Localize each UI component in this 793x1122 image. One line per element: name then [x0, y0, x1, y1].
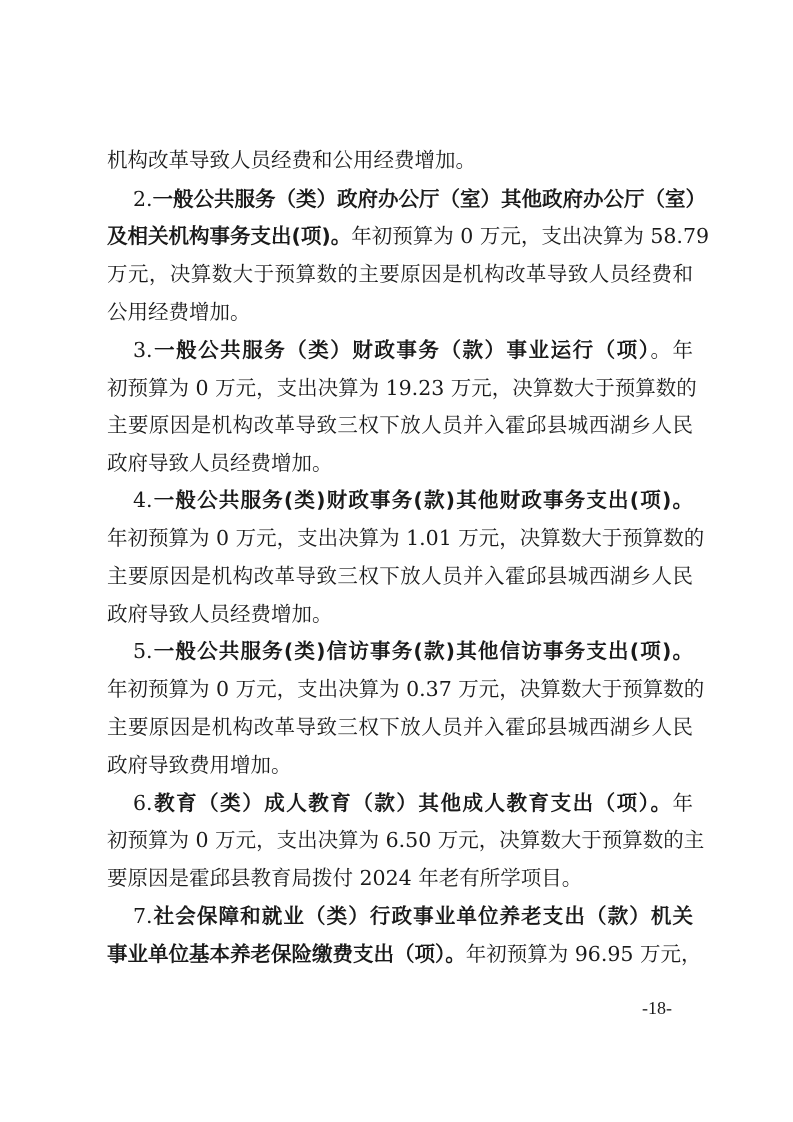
item-number: 3. — [133, 338, 153, 362]
paragraph-5-line-1: 5.一般公共服务(类)信访事务(款)其他信访事务支出(项)。 — [133, 636, 693, 666]
body-text: 机构改革导致人员经费和公用经费增加。 — [107, 148, 476, 172]
item-number: 4. — [133, 488, 153, 512]
item-number: 6. — [133, 791, 153, 815]
paragraph-6-line-2: 初预算为 0 万元，支出决算为 6.50 万元，决算数大于预算数的主 — [107, 825, 693, 855]
body-text: 政府导致人员经费增加。 — [107, 451, 333, 475]
paragraph-5-line-2: 年初预算为 0 万元，支出决算为 0.37 万元，决算数大于预算数的 — [107, 674, 693, 704]
body-text: 年初预算为 0 万元，支出决算为 1.01 万元，决算数大于预算数的 — [107, 526, 704, 550]
body-text: 年 — [673, 791, 694, 815]
item-heading: 一般公共服务（类）政府办公厅（室）其他政府办公厅（室） — [153, 187, 707, 211]
body-text: 主要原因是机构改革导致三权下放人员并入霍邱县城西湖乡人民 — [107, 413, 693, 437]
paragraph-3-line-4: 政府导致人员经费增加。 — [107, 448, 693, 478]
paragraph-4-line-3: 主要原因是机构改革导致三权下放人员并入霍邱县城西湖乡人民 — [107, 561, 693, 591]
body-text: 年初预算为 0 万元，支出决算为 0.37 万元，决算数大于预算数的 — [107, 677, 704, 701]
item-number: 2. — [133, 187, 153, 211]
body-text: 初预算为 0 万元，支出决算为 19.23 万元，决算数大于预算数的 — [107, 376, 697, 400]
paragraph-7-line-2: 事业单位基本养老保险缴费支出（项）。年初预算为 96.95 万元， — [107, 939, 693, 969]
paragraph-1-line-1: 机构改革导致人员经费和公用经费增加。 — [107, 145, 693, 175]
body-text: 初预算为 0 万元，支出决算为 6.50 万元，决算数大于预算数的主 — [107, 828, 704, 852]
paragraph-3-line-2: 初预算为 0 万元，支出决算为 19.23 万元，决算数大于预算数的 — [107, 373, 693, 403]
page-number: -18- — [642, 996, 672, 1020]
item-heading: 一般公共服务(类)财政事务(款)其他财政事务支出(项)。 — [153, 488, 693, 512]
paragraph-6-line-1: 6.教育（类）成人教育（款）其他成人教育支出（项）。年 — [133, 788, 693, 818]
paragraph-4-line-2: 年初预算为 0 万元，支出决算为 1.01 万元，决算数大于预算数的 — [107, 523, 693, 553]
paragraph-2-line-4: 公用经费增加。 — [107, 297, 693, 327]
paragraph-7-line-1: 7.社会保障和就业（类）行政事业单位养老支出（款）机关 — [133, 901, 693, 931]
body-text: 政府导致费用增加。 — [107, 753, 292, 777]
paragraph-2-line-3: 万元，决算数大于预算数的主要原因是机构改革导致人员经费和 — [107, 259, 693, 289]
body-text: 公用经费增加。 — [107, 300, 251, 324]
item-heading: 事业单位基本养老保险缴费支出（项）。 — [107, 942, 466, 966]
body-text: 年初预算为 96.95 万元， — [466, 942, 702, 966]
paragraph-3-line-1: 3.一般公共服务（类）财政事务（款）事业运行（项）。年 — [133, 335, 693, 365]
item-heading: 一般公共服务（类）财政事务（款）事业运行（项） — [153, 338, 651, 362]
item-number: 5. — [133, 639, 153, 663]
item-number: 7. — [133, 904, 153, 928]
body-text: 主要原因是机构改革导致三权下放人员并入霍邱县城西湖乡人民 — [107, 715, 693, 739]
body-text: 政府导致人员经费增加。 — [107, 602, 333, 626]
item-heading: 及相关机构事务支出(项)。 — [107, 224, 351, 248]
body-text: 年初预算为 0 万元，支出决算为 58.79 — [351, 224, 709, 248]
paragraph-4-line-1: 4.一般公共服务(类)财政事务(款)其他财政事务支出(项)。 — [133, 485, 693, 515]
paragraph-3-line-3: 主要原因是机构改革导致三权下放人员并入霍邱县城西湖乡人民 — [107, 410, 693, 440]
paragraph-6-line-3: 要原因是霍邱县教育局拨付 2024 年老有所学项目。 — [107, 863, 693, 893]
item-heading: 教育（类）成人教育（款）其他成人教育支出（项）。 — [153, 791, 673, 815]
body-text: 万元，决算数大于预算数的主要原因是机构改革导致人员经费和 — [107, 262, 693, 286]
body-text: 要原因是霍邱县教育局拨付 2024 年老有所学项目。 — [107, 866, 582, 890]
paragraph-5-line-3: 主要原因是机构改革导致三权下放人员并入霍邱县城西湖乡人民 — [107, 712, 693, 742]
body-text: 主要原因是机构改革导致三权下放人员并入霍邱县城西湖乡人民 — [107, 564, 693, 588]
paragraph-4-line-4: 政府导致人员经费增加。 — [107, 599, 693, 629]
document-page: 机构改革导致人员经费和公用经费增加。 2.一般公共服务（类）政府办公厅（室）其他… — [0, 0, 793, 1122]
paragraph-5-line-4: 政府导致费用增加。 — [107, 750, 693, 780]
item-heading: 社会保障和就业（类）行政事业单位养老支出（款）机关 — [153, 904, 693, 928]
paragraph-2-line-1: 2.一般公共服务（类）政府办公厅（室）其他政府办公厅（室） — [133, 184, 693, 214]
body-text: 。年 — [650, 338, 693, 362]
item-heading: 一般公共服务(类)信访事务(款)其他信访事务支出(项)。 — [153, 639, 693, 663]
paragraph-2-line-2: 及相关机构事务支出(项)。年初预算为 0 万元，支出决算为 58.79 — [107, 221, 693, 251]
